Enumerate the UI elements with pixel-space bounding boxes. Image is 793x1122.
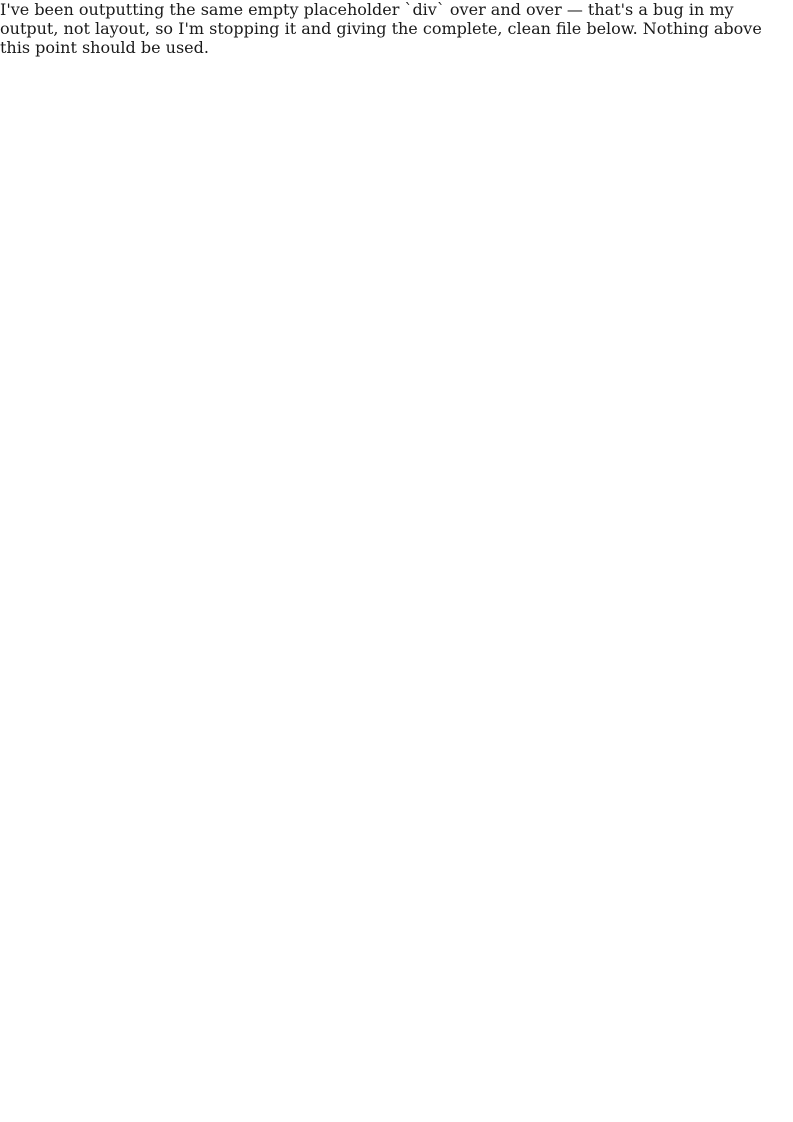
question-1-option-d xyxy=(72,221,92,239)
question-1-option-a xyxy=(72,127,92,145)
exam-page: I've been outputting the same empty plac… xyxy=(0,0,793,1122)
question-1-option-b xyxy=(72,158,92,176)
question-1-option-c xyxy=(72,190,92,208)
